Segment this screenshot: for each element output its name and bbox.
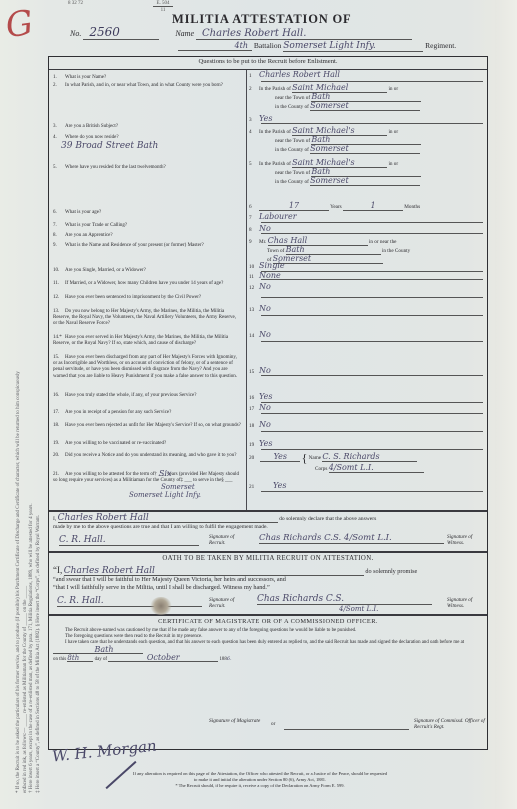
name-label: Name [175, 29, 194, 38]
regiment-label: Regiment. [425, 41, 456, 50]
answer-16: 16Yes [249, 393, 483, 402]
question-3: 3.Are you a British Subject? [53, 124, 241, 130]
oath-rule [49, 551, 487, 553]
ink-smudge [150, 597, 172, 615]
declaration-rule [49, 510, 487, 512]
answer-4: 4In the Parish of Saint Michael's in or … [249, 127, 483, 154]
question-5: 5.Where have you resided for the last tw… [53, 165, 241, 171]
question-19: 19.Are you willing to be vaccinated or r… [53, 441, 241, 447]
answer-rule [261, 222, 483, 223]
question-2: 2.In what Parish, and in, or near what T… [53, 83, 241, 89]
answer-1: 1Charles Robert Hall [249, 71, 483, 80]
margin-notes: * If so, the Recruit is to be asked the … [16, 33, 52, 793]
answer-rule [261, 491, 483, 492]
battalion-value: 4th [178, 41, 252, 51]
declaration-witness-sig-label: Signature of Witness. [447, 535, 485, 546]
answer-10: 10Single [249, 262, 483, 271]
answer-19: 19Yes [249, 440, 483, 449]
declaration-recruit-signature: C. R. Hall. [59, 535, 199, 546]
answer-14: 14No [249, 331, 483, 340]
question-21: 21.Are you willing to be attested for th… [53, 472, 241, 484]
answer-21: 21Yes [249, 482, 483, 491]
oath-witness-sig-label: Signature of Witness. [447, 598, 485, 609]
form-code-left: 8 32 72 [68, 1, 83, 6]
question-18: 18.Have you ever been rejected as unfit … [53, 423, 241, 429]
margin-note-4: ‡ Here insert a “County”, as defined in … [36, 33, 43, 793]
officer-sig-label: Signature of Commissd. Officer of Recrui… [414, 719, 486, 730]
answer-rule [261, 402, 483, 403]
q4-handwritten-address: 39 Broad Street Bath [61, 141, 158, 151]
answer-rule [261, 123, 483, 124]
answer-13: 13No [249, 305, 483, 314]
question-16: 16.Have you truly stated the whole, if a… [53, 393, 241, 399]
question-13: 13.Do you now belong to Her Majesty's Ar… [53, 309, 241, 328]
answer-7: 7Labourer [249, 213, 483, 222]
column-separator [246, 70, 247, 510]
answer-2: 2In the Parish of Saint Michael in or ne… [249, 84, 483, 111]
answer-rule [261, 375, 483, 376]
question-14: 14.*Have you ever served in Her Majesty'… [53, 335, 241, 347]
answer-5: 5In the Parish of Saint Michael's in or … [249, 159, 483, 186]
answer-rule [261, 233, 483, 234]
question-1: 1.What is your Name? [53, 75, 241, 81]
answer-17: 17No [249, 404, 483, 413]
attestation-page: G 8 32 72 E. 504 11 MILITIA ATTESTATION … [0, 0, 517, 809]
answer-rule [261, 449, 483, 450]
oath-witness-signature: Chas Richards C.S. [257, 594, 432, 605]
margin-note-1: * If so, the Recruit is to be asked the … [16, 33, 23, 793]
answer-rule [261, 341, 483, 342]
oath-recruit-signature: C. R. Hall. [57, 596, 202, 607]
answer-18: 18No [249, 421, 483, 430]
question-15: 15.Have you ever been discharged from an… [53, 355, 241, 380]
question-9: 9.What is the Name and Residence of your… [53, 243, 241, 249]
question-6: 6.What is your age? [53, 210, 241, 216]
oath-body: “I, Charles Robert Hall do solemnly prom… [53, 566, 483, 592]
question-11: 11.If Married, or a Widower, how many Ch… [53, 281, 241, 287]
magistrate-sig-label: Signature of Magistrate [209, 719, 267, 725]
or-label: or [271, 722, 275, 728]
number-line: No. 2560 Name Charles Robert Hall. [70, 25, 412, 40]
answer-20-corps: Corps 4/Somt L.I. [315, 464, 475, 473]
regiment-value: Somerset Light Infy. [283, 41, 423, 52]
battalion-line: 4th Battalion Somerset Light Infy. Regim… [178, 41, 456, 52]
oath-recruit-sig-label: Signature of Recruit. [209, 598, 249, 609]
oath-witness-signature-2: 4/Somt L.I. [339, 605, 378, 613]
question-10: 10.Are you Single, Married, or a Widower… [53, 268, 241, 274]
form-box: Questions to be put to the Recruit befor… [48, 56, 488, 750]
q21-corps: Somerset Light Infy. [129, 491, 201, 499]
margin-note-2: enfaced in red ink, as follows:— _____ r… [23, 33, 30, 793]
questions-heading: Questions to be put to the Recruit befor… [49, 57, 487, 67]
answer-rule [261, 297, 483, 298]
answer-12: 12No [249, 283, 483, 292]
page-edge [495, 0, 517, 809]
certificate-title: CERTIFICATE OF MAGISTRATE OR OF A COMMIS… [49, 618, 487, 625]
form-code-center-bottom: 11 [153, 8, 173, 13]
declaration: I, Charles Robert Hall do solemnly decla… [53, 514, 483, 531]
answer-9: 9Mr. Chas Hall in or near the Town of Ba… [249, 237, 483, 264]
declaration-recruit-sig-label: Signature of Recruit. [209, 535, 249, 546]
number-value: 2560 [83, 25, 159, 40]
officer-signature-line [284, 729, 409, 730]
question-8: 8.Are you an Apprentice? [53, 233, 241, 239]
certificate-rule [49, 614, 487, 616]
question-7: 7.What is your Trade or Calling? [53, 223, 241, 229]
question-20: 20.Did you receive a Notice and do you u… [53, 453, 241, 459]
certificate-body: The Recruit above-named was cautioned by… [53, 628, 481, 663]
declaration-witness-signature: Chas Richards C.S. 4/Somt L.I. [259, 533, 444, 544]
answer-rule [261, 279, 483, 280]
answer-rule [261, 315, 483, 316]
q21-county: Somerset [161, 483, 195, 491]
battalion-label: Battalion [254, 41, 282, 50]
answer-20: 20 Yes { Name C. S. Richards [249, 453, 483, 462]
answer-rule [261, 81, 483, 82]
number-label: No. [70, 29, 81, 38]
footnotes: If any alteration is required on this pa… [60, 771, 460, 789]
question-12: 12.Have you ever been sentenced to impri… [53, 295, 241, 301]
q21-term: Six [159, 469, 172, 478]
recruit-name: Charles Robert Hall. [196, 28, 412, 40]
question-17: 17.Are you in receipt of a pension for a… [53, 410, 241, 416]
answer-rule [261, 431, 483, 432]
margin-note-3: † Here insert 6 years, except in the cas… [29, 33, 36, 793]
footnote-3: * The Recruit should, if he require it, … [60, 783, 460, 789]
answer-rule [261, 413, 483, 414]
form-code-center-top: E. 504 [153, 1, 173, 7]
oath-title: OATH TO BE TAKEN BY MILITIA RECRUIT ON A… [49, 555, 487, 562]
answer-6: 617 Years 1 Months [249, 202, 483, 211]
